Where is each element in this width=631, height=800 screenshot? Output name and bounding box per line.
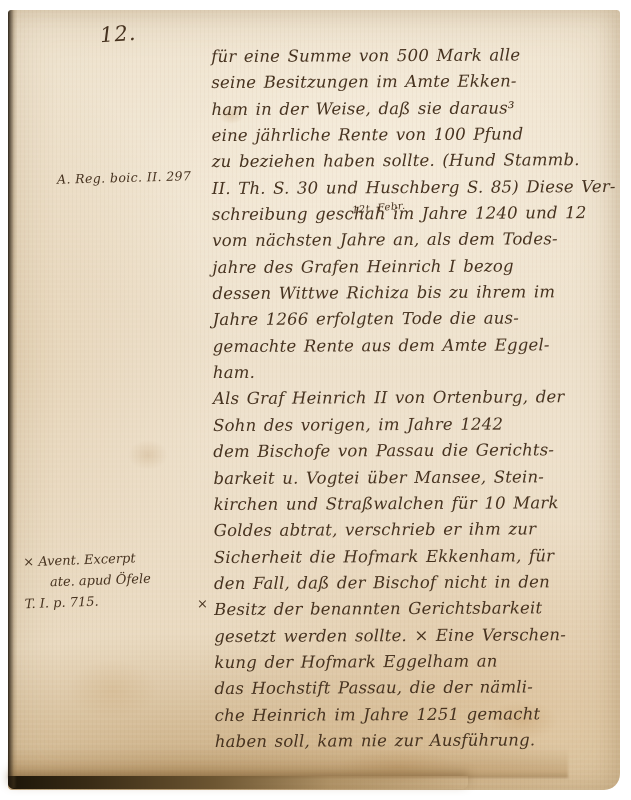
manuscript-line: jahre des Grafen Heinrich I bezog xyxy=(212,253,616,281)
manuscript-line: kirchen und Straßwalchen für 10 Mark xyxy=(213,490,617,518)
manuscript-line: dem Bischofe von Passau die Gerichts- xyxy=(213,437,617,465)
page-number: 12. xyxy=(99,21,137,47)
manuscript-line: den Fall, daß der Bischof nicht in den xyxy=(214,569,618,597)
manuscript-line: Goldes abtrat, verschrieb er ihm zur xyxy=(214,516,618,544)
manuscript-line: dessen Wittwe Richiza bis zu ihrem im xyxy=(212,279,616,307)
margin-note-line: T. I. p. 715. xyxy=(24,590,152,615)
manuscript-line: ham in der Weise, daß sie daraus³ xyxy=(211,95,615,123)
manuscript-line: Sohn des vorigen, im Jahre 1242 xyxy=(213,411,617,439)
manuscript-line: das Hochstift Passau, die der nämli- xyxy=(214,674,618,702)
manuscript-line: barkeit u. Vogtei über Mansee, Stein- xyxy=(213,463,617,491)
manuscript-line: schreibung geschah im Jahre 1240 und 12 xyxy=(212,200,616,228)
manuscript-line: gesetzt werden sollte. × Eine Verschen- xyxy=(214,622,618,650)
manuscript-line: Sicherheit die Hofmark Ekkenham, für xyxy=(214,542,618,570)
manuscript-line: für eine Summe von 500 Mark alle xyxy=(211,42,615,70)
manuscript-line: vom nächsten Jahre an, als dem Todes- xyxy=(212,226,616,254)
insertion-mark: × xyxy=(197,597,208,612)
margin-note-aventin-citation: × Avent. Excerptate. apud ÖfeleT. I. p. … xyxy=(23,548,152,615)
scanned-book-page: 12. A. Reg. boic. II. 297 × Avent. Excer… xyxy=(0,0,631,800)
paper-stain xyxy=(128,440,168,470)
manuscript-line: haben soll, kam nie zur Ausführung. xyxy=(215,727,619,755)
manuscript-line: Jahre 1266 erfolgten Tode die aus- xyxy=(213,305,617,333)
paper-stain xyxy=(338,750,458,784)
manuscript-body-text: für eine Summe von 500 Mark alleseine Be… xyxy=(211,42,619,755)
manuscript-line: che Heinrich im Jahre 1251 gemacht xyxy=(215,701,619,729)
paper-stain xyxy=(68,660,158,720)
manuscript-line: Besitz der benannten Gerichtsbarkeit xyxy=(214,595,618,623)
manuscript-line: gemachte Rente aus dem Amte Eggel- xyxy=(213,332,617,360)
manuscript-line: II. Th. S. 30 und Huschberg S. 85) Diese… xyxy=(212,174,616,202)
margin-note-line: ate. apud Öfele xyxy=(24,569,152,594)
manuscript-line: seine Besitzungen im Amte Ekken- xyxy=(211,68,615,96)
manuscript-line: eine jährliche Rente von 100 Pfund xyxy=(212,121,616,149)
manuscript-line: Als Graf Heinrich II von Ortenburg, der xyxy=(213,384,617,412)
manuscript-line: kung der Hofmark Eggelham an xyxy=(214,648,618,676)
manuscript-line: ham. xyxy=(213,358,617,386)
manuscript-line: zu beziehen haben sollte. (Hund Stammb. xyxy=(212,147,616,175)
